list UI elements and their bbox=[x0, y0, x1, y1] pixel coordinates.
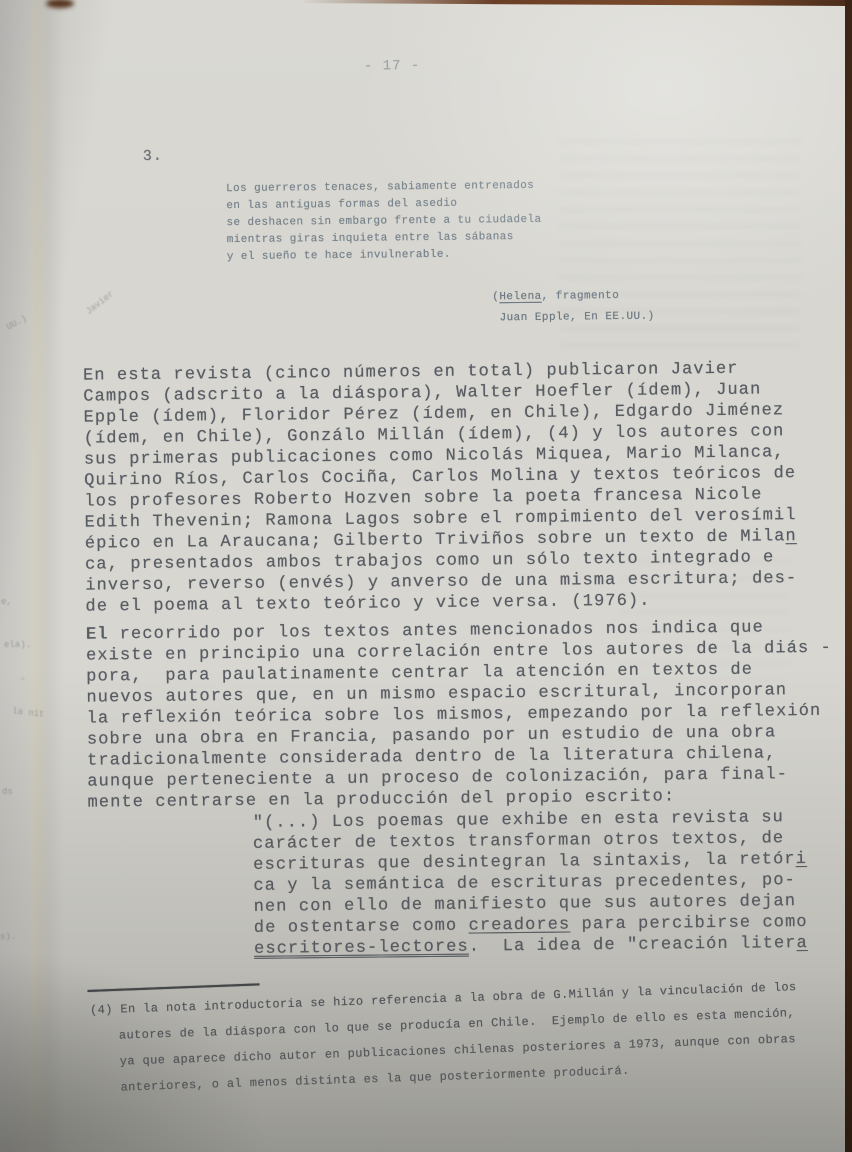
scanned-page-photo: JavierUU.)e,ela).–la nitdss). - 17 - 3. … bbox=[0, 0, 852, 1152]
footnote-separator bbox=[88, 983, 260, 992]
block-quote: "(...) Los poemas que exhibe en esta rev… bbox=[253, 807, 808, 960]
poem-block: Los guerreros tenaces, sabiamente entren… bbox=[226, 178, 542, 266]
body-paragraph-2: El recorrido por los textos antes mencio… bbox=[86, 617, 834, 814]
section-number: 3. bbox=[143, 148, 163, 165]
ellipsis-smudge: ··· bbox=[697, 750, 725, 764]
body-paragraph-1: En esta revista (cinco números en total)… bbox=[83, 358, 798, 617]
poem-attribution: (Helena, fragmento Juan Epple, En EE.UU.… bbox=[492, 286, 655, 330]
footnote-block: (4) En la nota introductoria se hizo ref… bbox=[90, 974, 800, 1101]
page-right-edge bbox=[845, 0, 852, 1152]
page-number: - 17 - bbox=[364, 58, 421, 75]
typed-sheet: - 17 - 3. Los guerreros tenaces, sabiame… bbox=[0, 0, 852, 1152]
